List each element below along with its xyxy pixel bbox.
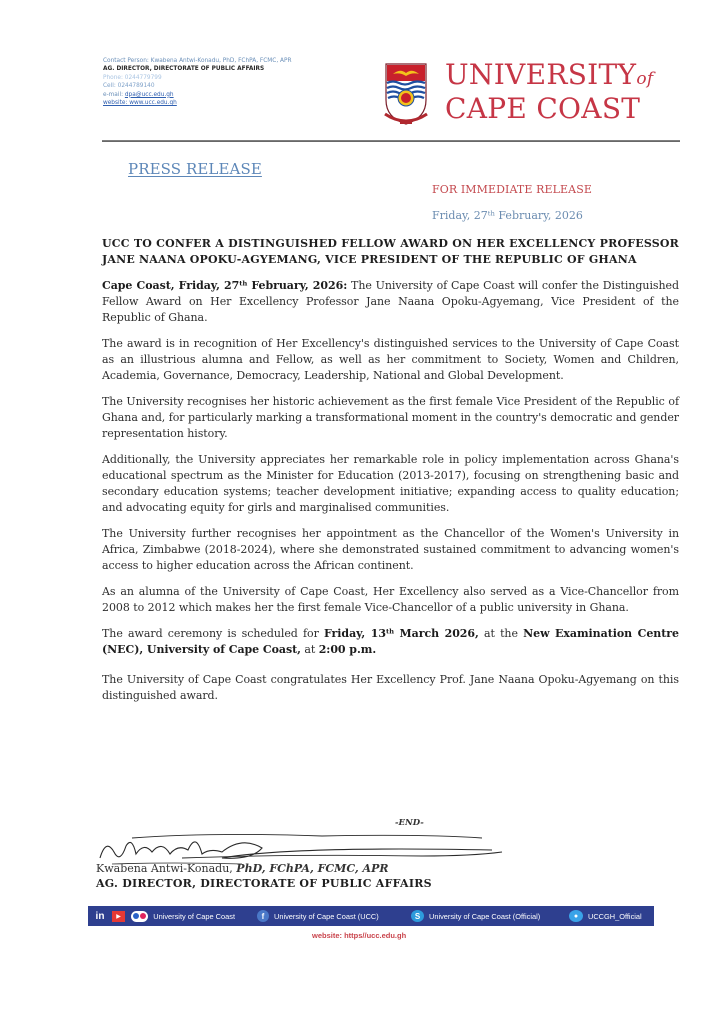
university-wordmark: UNIVERSITYof CAPE COAST bbox=[445, 60, 653, 124]
flickr-icon[interactable] bbox=[131, 911, 148, 922]
signer-title: AG. DIRECTOR, DIRECTORATE OF PUBLIC AFFA… bbox=[96, 877, 432, 890]
ceremony-date: Friday, 13th March 2026, bbox=[324, 627, 479, 640]
skype-icon[interactable]: S bbox=[411, 910, 424, 922]
contact-website-row: website: www.ucc.edu.gh bbox=[103, 99, 363, 107]
email-link[interactable]: dpa@ucc.edu.gh bbox=[125, 92, 174, 98]
facebook-icon[interactable]: f bbox=[257, 910, 269, 922]
dateline: Cape Coast, Friday, 27th February, 2026: bbox=[102, 279, 347, 292]
press-release-label: PRESS RELEASE bbox=[128, 160, 262, 178]
footer-website[interactable]: website: https//ucc.edu.gh bbox=[312, 931, 406, 940]
university-logo: UNIVERSITYof CAPE COAST bbox=[383, 60, 683, 130]
contact-phone: Phone: 0244779799 bbox=[103, 74, 363, 82]
website-link[interactable]: www.ucc.edu.gh bbox=[129, 100, 177, 106]
paragraph-historic-achievement: The University recognises her historic a… bbox=[102, 394, 679, 442]
header-divider bbox=[102, 140, 680, 142]
website-label-link[interactable]: website: bbox=[103, 100, 129, 106]
email-label: e-mail: bbox=[103, 92, 125, 98]
contact-title: AG. DIRECTOR, DIRECTORATE OF PUBLIC AFFA… bbox=[103, 65, 363, 73]
social-facebook[interactable]: f University of Cape Coast (UCC) bbox=[257, 906, 397, 926]
paragraph-chancellor: The University further recognises her ap… bbox=[102, 526, 679, 574]
release-date-day: Friday, 27 bbox=[432, 209, 488, 222]
social-media-bar: in ▶ University of Cape Coast f Universi… bbox=[88, 906, 654, 926]
youtube-icon[interactable]: ▶ bbox=[112, 911, 125, 922]
headline: UCC TO CONFER A DISTINGUISHED FELLOW AWA… bbox=[102, 236, 679, 268]
social-flickr[interactable]: University of Cape Coast bbox=[125, 906, 235, 926]
wordmark-line2: CAPE COAST bbox=[445, 94, 653, 124]
paragraph-congratulations: The University of Cape Coast congratulat… bbox=[102, 672, 679, 704]
release-date: Friday, 27th February, 2026 bbox=[432, 209, 583, 222]
release-date-sup: th bbox=[488, 210, 495, 218]
social-twitter[interactable]: ● UCCGH_Official bbox=[569, 906, 642, 926]
contact-email-row: e-mail: dpa@ucc.edu.gh bbox=[103, 91, 363, 99]
paragraph-ceremony: The award ceremony is scheduled for Frid… bbox=[102, 626, 679, 658]
contact-person: Contact Person: Kwabena Antwi-Konadu, Ph… bbox=[103, 57, 363, 65]
contact-block: Contact Person: Kwabena Antwi-Konadu, Ph… bbox=[103, 57, 363, 107]
press-release-body: UCC TO CONFER A DISTINGUISHED FELLOW AWA… bbox=[102, 236, 679, 714]
contact-cell: Cell: 0244789140 bbox=[103, 82, 363, 90]
paragraph-recognition: The award is in recognition of Her Excel… bbox=[102, 336, 679, 384]
facebook-label[interactable]: University of Cape Coast (UCC) bbox=[274, 912, 379, 921]
skype-label[interactable]: University of Cape Coast (Official) bbox=[429, 912, 540, 921]
ceremony-time: 2:00 p.m. bbox=[319, 643, 376, 656]
immediate-release-label: FOR IMMEDIATE RELEASE bbox=[432, 183, 592, 196]
end-mark: -END- bbox=[395, 818, 424, 828]
signer-credentials: PhD, FChPA, FCMC, APR bbox=[236, 862, 388, 875]
paragraph-vice-chancellor: As an alumna of the University of Cape C… bbox=[102, 584, 679, 616]
paragraph-education-minister: Additionally, the University appreciates… bbox=[102, 452, 679, 516]
social-skype[interactable]: S University of Cape Coast (Official) bbox=[411, 906, 551, 926]
lead-paragraph: Cape Coast, Friday, 27th February, 2026:… bbox=[102, 278, 679, 326]
release-date-month-year: February, 2026 bbox=[495, 209, 583, 222]
linkedin-icon[interactable]: in bbox=[93, 910, 107, 922]
twitter-icon[interactable]: ● bbox=[569, 910, 583, 922]
crest-icon bbox=[383, 62, 429, 128]
twitter-label[interactable]: UCCGH_Official bbox=[588, 912, 642, 921]
wordmark-of: of bbox=[636, 69, 653, 89]
flickr-label[interactable]: University of Cape Coast bbox=[153, 912, 235, 921]
signer-name: Kwabena Antwi-Konadu, PhD, FChPA, FCMC, … bbox=[96, 862, 389, 875]
wordmark-line1: UNIVERSITY bbox=[445, 58, 636, 91]
social-linkedin[interactable]: in bbox=[88, 906, 107, 926]
social-youtube[interactable]: ▶ bbox=[107, 906, 125, 926]
